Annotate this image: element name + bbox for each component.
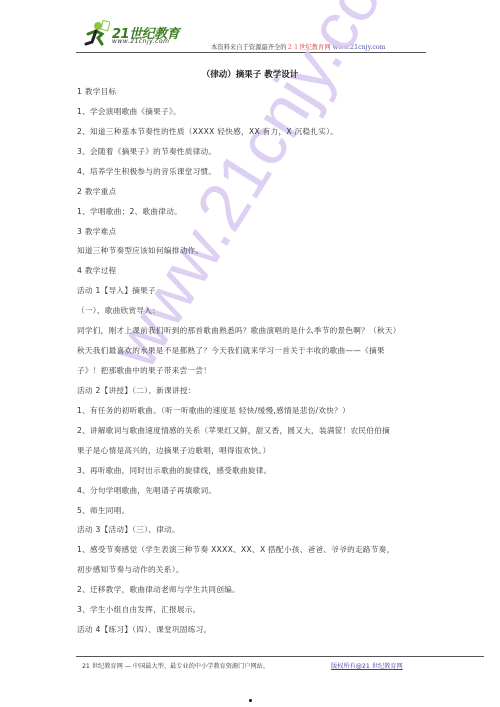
runner-logo-icon: [82, 20, 110, 48]
section-heading-process: 4 教学过程: [77, 265, 116, 276]
paragraph: 1、有任务的初听歌曲。（听一听歌曲的速度是 轻快/缓慢,感情是悲伤/欢快？）: [77, 405, 350, 416]
activity-heading: 活动 2【讲授】（二）、新课讲授：: [77, 385, 196, 396]
page-header: 21世纪教育 www.21cnjy.com 本资料来自于资源最齐全的２１世纪教育…: [76, 14, 426, 52]
paragraph: 2、迁移教学，歌曲律动老师与学生共同创编。: [77, 584, 240, 595]
header-note-url[interactable]: www.21cnjy.com: [333, 44, 386, 51]
footer-divider: [76, 656, 484, 657]
paragraph: 4、分句学唱歌曲，先唱谱子再填歌词。: [77, 485, 216, 496]
paragraph: 3、会随着《摘果子》的节奏性质律动。: [77, 146, 216, 157]
paragraph: 3、再听歌曲，同时出示歌曲的旋律线，感受歌曲旋律。: [77, 465, 272, 476]
paragraph: 4、培养学生积极参与的音乐课堂习惯。: [77, 166, 216, 177]
paragraph: 1、学会演唱歌曲《摘果子》。: [77, 106, 181, 117]
paragraph: 2、讲解歌词与歌曲速度情感的关系（苹果红又鲜，甜又香，圆又大，装满筐！农民伯伯摘: [77, 425, 390, 436]
footer-tagline: 21 世纪教育网 — 中国最大型、最专业的中小学教育资源门户网站。: [82, 661, 269, 670]
paragraph: 5、师生同唱。: [77, 505, 130, 516]
paragraph: 1、感受节奏感觉（学生表演三种节奏 XXXX、XX、X 搭配小孩、爸爸、爷爷的走…: [77, 544, 394, 555]
header-source-note: 本资料来自于资源最齐全的２１世纪教育网 www.21cnjy.com: [211, 42, 386, 51]
header-note-brand: ２１世纪教育网: [287, 44, 331, 51]
document-title: （律动）摘果子 教学设计: [0, 68, 500, 80]
logo-url: www.21cnjy.com: [112, 38, 169, 45]
paragraph: 子》！把那歌曲中的果子带来尝一尝！: [77, 365, 211, 376]
paragraph: （一）、歌曲欣赏导入：: [77, 305, 160, 316]
header-note-prefix: 本资料来自于资源最齐全的: [211, 44, 287, 51]
activity-heading: 活动 3【活动】（三）、律动。: [77, 524, 180, 535]
paragraph: 知道三种节奏型应该如何编排动作。: [77, 245, 203, 256]
section-heading-objectives: 1 教学目标: [77, 86, 116, 97]
paragraph: 秋天我们最喜欢的水果是不是都熟了？今天我们就来学习一首关于丰收的歌曲——《摘果: [77, 345, 385, 356]
paragraph: 同学们，刚才上课前我们听到的那首歌曲熟悉吗？歌曲演唱的是什么季节的景色啊？（秋天…: [77, 325, 401, 336]
paragraph: 果子是心情是高兴的，边摘果子边歌唱，唱得很欢快。）: [77, 445, 271, 456]
page-marker: [249, 699, 252, 702]
activity-heading: 活动 1【导入】摘果子: [77, 285, 156, 296]
logo: 21世纪教育 www.21cnjy.com: [76, 14, 196, 50]
header-divider: [76, 52, 426, 53]
footer-copyright-link[interactable]: 版权所有@21 世纪教育网: [331, 661, 403, 670]
paragraph: 1、学唱歌曲；2、歌曲律动。: [77, 206, 182, 217]
paragraph: 3、学生小组自由发挥，汇报展示。: [77, 604, 201, 615]
section-heading-difficulties: 3 教学难点: [77, 226, 116, 237]
section-heading-key-points: 2 教学重点: [77, 186, 116, 197]
activity-heading: 活动 4【练习】（四）、课堂巩固练习。: [77, 624, 211, 635]
paragraph: 初步感知节奏与动作的关系）。: [77, 564, 184, 575]
paragraph: 2、知道三种基本节奏性的性质（XXXX 轻快感，XX 有力，X 沉稳扎实）。: [77, 126, 338, 137]
